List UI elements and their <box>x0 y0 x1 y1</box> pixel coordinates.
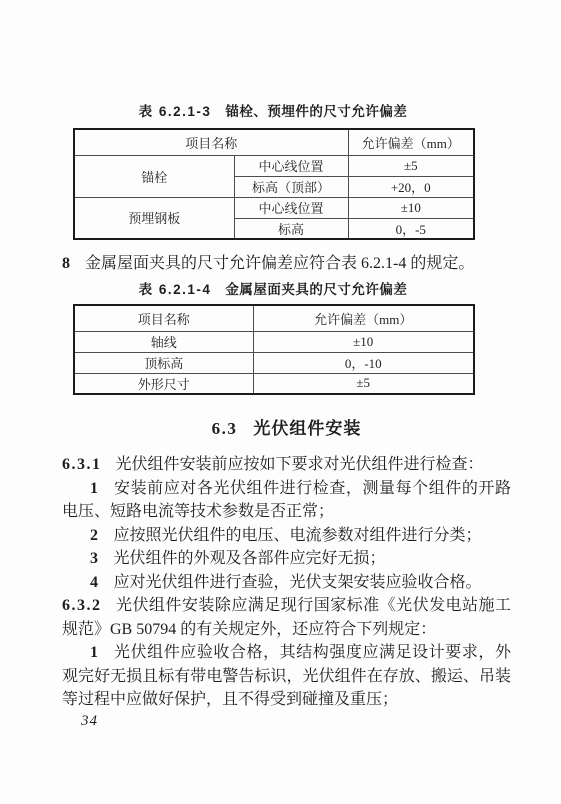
clause-8-paragraph: 8金属屋面夹具的尺寸允许偏差应符合表 6.2.1-4 的规定。 <box>62 252 511 276</box>
deviation-cell: +20，0 <box>348 176 474 197</box>
deviation-cell: 0，-5 <box>348 218 474 239</box>
clause-text: 光伏组件安装前应按如下要求对光伏组件进行检查： <box>116 456 484 473</box>
group-cell: 锚栓 <box>74 155 234 197</box>
table-2-caption: 表 6.2.1-4金属屋面夹具的尺寸允许偏差 <box>73 281 473 299</box>
section-heading-6-3: 6.3光伏组件安装 <box>62 418 511 439</box>
table-row: 轴线 ±10 <box>74 331 474 352</box>
list-item-1b: 1光伏组件应验收合格，其结构强度应满足设计要求，外观完好无损且标有带电警告标识，… <box>62 641 511 712</box>
clause-text: 金属屋面夹具的尺寸允许偏差应符合表 6.2.1-4 的规定。 <box>85 255 474 272</box>
clause-number: 6.3.1 <box>62 456 102 473</box>
item-cell: 标高（顶部） <box>234 176 348 197</box>
item-cell: 中心线位置 <box>234 155 348 176</box>
clause-6-3-2: 6.3.2光伏组件安装除应满足现行国家标准《光伏发电站施工规范》GB 50794… <box>62 594 511 641</box>
item-cell: 外形尺寸 <box>74 373 253 394</box>
page-content: 表 6.2.1-3锚栓、预埋件的尺寸允许偏差 项目名称 允许偏差（mm） 锚栓 … <box>62 103 511 730</box>
header-item-name: 项目名称 <box>74 129 348 155</box>
list-item-4: 4应对光伏组件进行查验，光伏支架安装应验收合格。 <box>62 571 511 595</box>
table-2-caption-label: 表 6.2.1-4 <box>139 282 212 297</box>
table-row: 顶标高 0，-10 <box>74 352 474 373</box>
table-header-row: 项目名称 允许偏差（mm） <box>74 129 474 155</box>
table-1-caption-label: 表 6.2.1-3 <box>139 104 212 119</box>
table-row: 外形尺寸 ±5 <box>74 373 474 394</box>
item-text: 光伏组件的外观及各部件应完好无损； <box>114 550 386 567</box>
item-number: 2 <box>90 527 100 544</box>
deviation-cell: 0，-10 <box>253 352 474 373</box>
item-text: 安装前应对各光伏组件进行检查，测量每个组件的开路电压、短路电流等技术参数是否正常… <box>62 480 511 521</box>
document-page: { "colors": { "ink": "#1e1e1e", "paper":… <box>0 0 561 804</box>
item-cell: 轴线 <box>74 331 253 352</box>
item-number: 1 <box>90 480 100 497</box>
deviation-cell: ±5 <box>253 373 474 394</box>
table-row: 预埋钢板 中心线位置 ±10 <box>74 197 474 218</box>
table-1-caption-text: 锚栓、预埋件的尺寸允许偏差 <box>225 104 407 119</box>
item-cell: 标高 <box>234 218 348 239</box>
header-item-name: 项目名称 <box>74 305 253 331</box>
item-number: 1 <box>90 644 100 661</box>
page-number: 34 <box>81 713 511 730</box>
anchor-bolt-deviation-table: 项目名称 允许偏差（mm） 锚栓 中心线位置 ±5 标高（顶部） +20，0 预… <box>73 128 475 240</box>
section-title: 光伏组件安装 <box>253 419 361 438</box>
table-2-caption-text: 金属屋面夹具的尺寸允许偏差 <box>225 282 407 297</box>
clause-6-3-1: 6.3.1光伏组件安装前应按如下要求对光伏组件进行检查： <box>62 453 511 477</box>
deviation-cell: ±10 <box>348 197 474 218</box>
deviation-cell: ±5 <box>348 155 474 176</box>
header-allowed-deviation: 允许偏差（mm） <box>348 129 474 155</box>
list-item-1: 1安装前应对各光伏组件进行检查，测量每个组件的开路电压、短路电流等技术参数是否正… <box>62 477 511 524</box>
header-allowed-deviation: 允许偏差（mm） <box>253 305 474 331</box>
list-item-2: 2应按照光伏组件的电压、电流参数对组件进行分类； <box>62 524 511 548</box>
group-cell: 预埋钢板 <box>74 197 234 239</box>
clause-list: 6.3.1光伏组件安装前应按如下要求对光伏组件进行检查： 1安装前应对各光伏组件… <box>62 453 511 712</box>
item-text: 光伏组件应验收合格，其结构强度应满足设计要求，外观完好无损且标有带电警告标识，光… <box>62 644 511 708</box>
clause-number: 8 <box>62 255 71 272</box>
table-1-caption: 表 6.2.1-3锚栓、预埋件的尺寸允许偏差 <box>73 103 473 121</box>
item-cell: 顶标高 <box>74 352 253 373</box>
item-number: 3 <box>90 550 100 567</box>
list-item-3: 3光伏组件的外观及各部件应完好无损； <box>62 547 511 571</box>
section-number: 6.3 <box>212 419 238 438</box>
item-text: 应按照光伏组件的电压、电流参数对组件进行分类； <box>114 527 482 544</box>
item-cell: 中心线位置 <box>234 197 348 218</box>
deviation-cell: ±10 <box>253 331 474 352</box>
item-number: 4 <box>90 574 100 591</box>
clause-number: 6.3.2 <box>62 597 102 614</box>
item-text: 应对光伏组件进行查验，光伏支架安装应验收合格。 <box>114 574 482 591</box>
table-header-row: 项目名称 允许偏差（mm） <box>74 305 474 331</box>
clause-text: 光伏组件安装除应满足现行国家标准《光伏发电站施工规范》GB 50794 的有关规… <box>62 597 511 638</box>
metal-roof-clamp-deviation-table: 项目名称 允许偏差（mm） 轴线 ±10 顶标高 0，-10 外形尺寸 ±5 <box>73 304 475 395</box>
table-row: 锚栓 中心线位置 ±5 <box>74 155 474 176</box>
